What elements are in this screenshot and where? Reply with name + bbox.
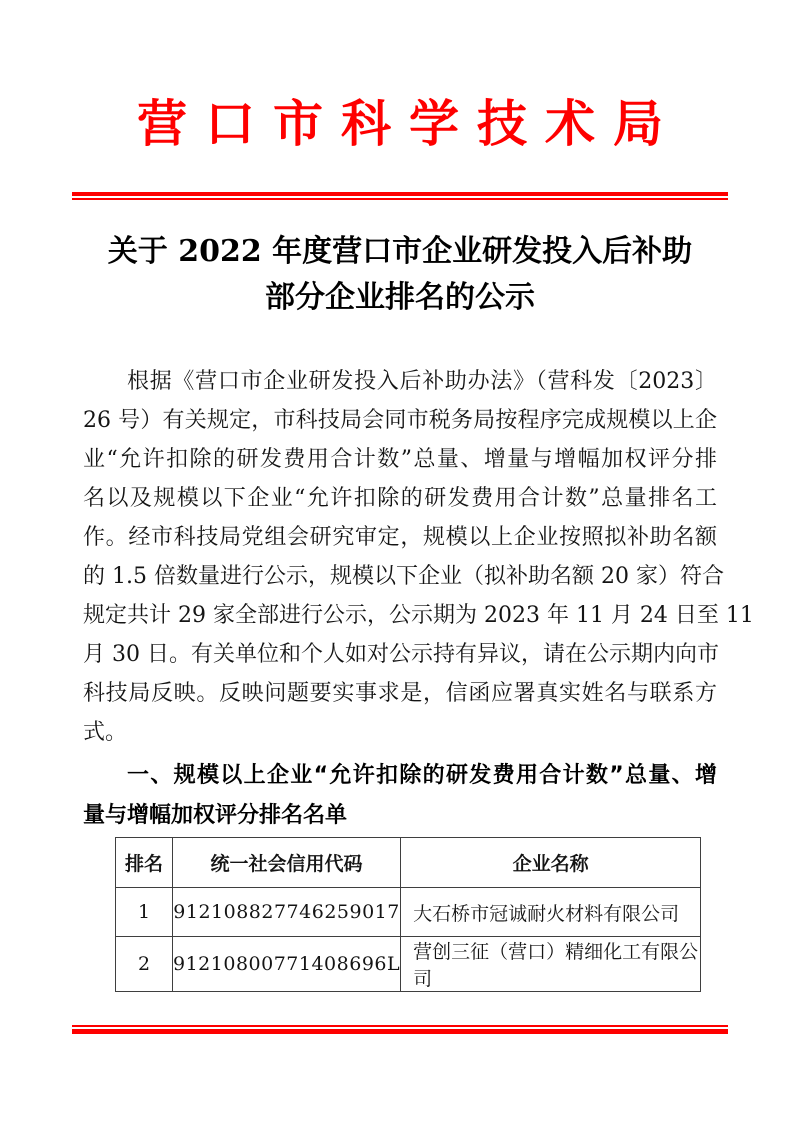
table-header-cell: 排名 — [116, 838, 173, 888]
body-line: 作。经市科技局党组会研究审定，规模以上企业按照拟补助名额 — [83, 518, 717, 557]
rule-thin-bar — [72, 198, 728, 200]
section-heading: 一、规模以上企业“允许扣除的研发费用合计数”总量、增量与增幅加权评分排名名单 — [83, 756, 717, 836]
document-title-line-1: 关于 2022 年度营口市企业研发投入后补助 — [0, 229, 800, 275]
credit-code-cell: 91210800771408696L — [173, 937, 401, 992]
table-header-row: 排名统一社会信用代码企业名称 — [116, 838, 701, 888]
ranking-table: 排名统一社会信用代码企业名称 1912108827746259017大石桥市冠诚… — [115, 837, 701, 992]
document-title: 关于 2022 年度营口市企业研发投入后补助 部分企业排名的公示 — [0, 229, 800, 321]
rank-cell: 1 — [116, 888, 173, 937]
body-line: 根据《营口市企业研发投入后补助办法》（营科发〔2023〕 — [83, 362, 717, 401]
table-row: 1912108827746259017大石桥市冠诚耐火材料有限公司 — [116, 888, 701, 937]
company-name-cell: 大石桥市冠诚耐火材料有限公司 — [401, 888, 701, 937]
body-line: 科技局反映。反映问题要实事求是，信函应署真实姓名与联系方 — [83, 674, 717, 713]
body-line: 式。 — [83, 713, 717, 752]
document-title-line-2: 部分企业排名的公示 — [0, 275, 800, 321]
document-page: 营口市科学技术局 关于 2022 年度营口市企业研发投入后补助 部分企业排名的公… — [0, 0, 800, 1131]
heading-line: 量与增幅加权评分排名名单 — [83, 796, 717, 836]
agency-masthead-title: 营口市科学技术局 — [0, 84, 800, 156]
body-paragraph: 根据《营口市企业研发投入后补助办法》（营科发〔2023〕26 号）有关规定，市科… — [83, 362, 717, 752]
table-body: 1912108827746259017大石桥市冠诚耐火材料有限公司2912108… — [116, 888, 701, 992]
table-header-cell: 统一社会信用代码 — [173, 838, 401, 888]
body-line: 业“允许扣除的研发费用合计数”总量、增量与增幅加权评分排 — [83, 440, 717, 479]
body-line: 名以及规模以下企业“允许扣除的研发费用合计数”总量排名工 — [83, 479, 717, 518]
rank-cell: 2 — [116, 937, 173, 992]
body-line: 月 30 日。有关单位和个人如对公示持有异议，请在公示期内向市 — [83, 635, 717, 674]
top-double-rule — [72, 192, 728, 200]
company-name-cell: 营创三征（营口）精细化工有限公司 — [401, 937, 701, 992]
rule-thick-bar — [72, 1029, 728, 1034]
body-line: 26 号）有关规定，市科技局会同市税务局按程序完成规模以上企 — [83, 401, 717, 440]
body-line: 的 1.5 倍数量进行公示，规模以下企业（拟补助名额 20 家）符合 — [83, 557, 717, 596]
table-row: 291210800771408696L营创三征（营口）精细化工有限公司 — [116, 937, 701, 992]
bottom-double-rule — [72, 1025, 728, 1034]
heading-line: 一、规模以上企业“允许扣除的研发费用合计数”总量、增 — [83, 756, 717, 796]
table-header-cell: 企业名称 — [401, 838, 701, 888]
credit-code-cell: 912108827746259017 — [173, 888, 401, 937]
body-line: 规定共计 29 家全部进行公示，公示期为 2023 年 11 月 24 日至 1… — [83, 596, 717, 635]
